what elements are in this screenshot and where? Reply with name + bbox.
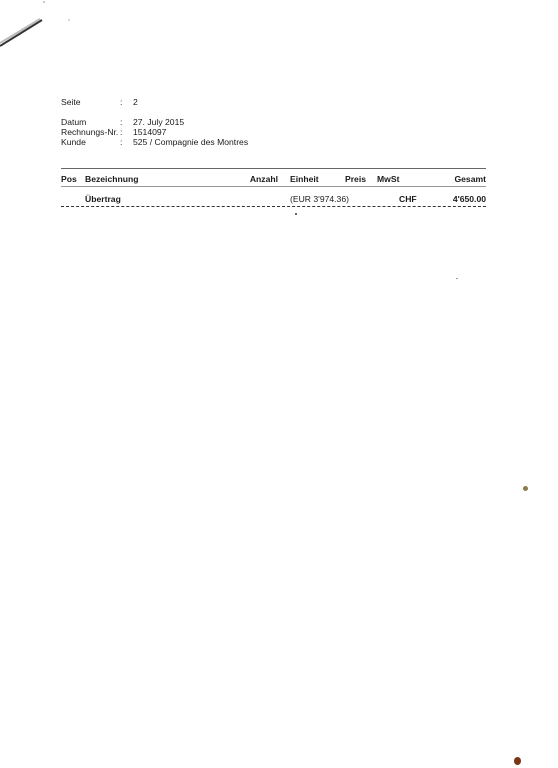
table-top-rule [61,168,486,169]
table-row: Übertrag (EUR 3'974.36) CHF 4'650.00 [61,194,486,205]
invoice-number-label: Rechnungs-Nr. [61,127,118,137]
row-vat: CHF [399,194,417,204]
customer-value: 525 / Compagnie des Montres [133,137,248,147]
header-pos: Pos [61,174,77,184]
header-unit: Einheit [290,174,319,184]
row-description: Übertrag [85,194,121,204]
separator: : [120,127,122,137]
page-number: 2 [133,97,138,107]
separator: : [120,97,122,107]
page-fold-corner [0,0,44,48]
scan-speck [514,757,521,765]
header-total: Gesamt [454,174,486,184]
page-label: Seite [61,97,81,107]
header-vat: MwSt [377,174,399,184]
header-description: Bezeichnung [85,174,138,184]
header-price: Preis [345,174,366,184]
scan-speck [523,486,528,491]
row-unit: (EUR 3'974.36) [290,194,349,204]
date-value: 27. July 2015 [133,117,184,127]
invoice-number-value: 1514097 [133,127,166,137]
scan-speck [456,278,458,279]
scan-speck [43,1,45,3]
date-label: Datum [61,117,86,127]
scan-speck [295,213,297,215]
customer-label: Kunde [61,137,86,147]
separator: : [120,137,122,147]
separator: : [120,117,122,127]
header-quantity: Anzahl [250,174,278,184]
scan-speck [68,19,70,21]
table-dashed-rule [61,206,486,207]
table-header-rule [61,186,486,187]
table-header: Pos Bezeichnung Anzahl Einheit Preis MwS… [61,174,486,185]
row-total: 4'650.00 [453,194,486,204]
